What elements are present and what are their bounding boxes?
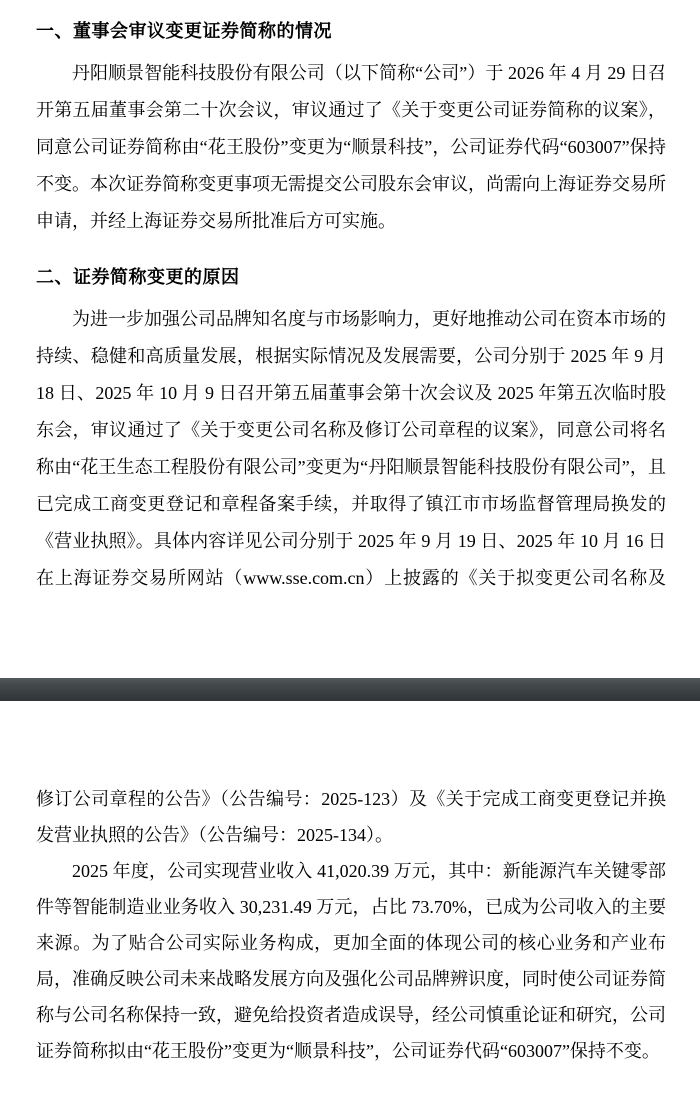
- page-break-separator: [0, 678, 700, 701]
- section-1-paragraph: 丹阳顺景智能科技股份有限公司（以下简称“公司”）于 2026 年 4 月 29 …: [36, 55, 666, 240]
- section-2-paragraph-continued: 修订公司章程的公告》（公告编号：2025-123）及《关于完成工商变更登记并换发…: [36, 781, 666, 853]
- document-page-2: 修订公司章程的公告》（公告编号：2025-123）及《关于完成工商变更登记并换发…: [0, 701, 700, 1110]
- announcement-document: 一、董事会审议变更证券简称的情况 丹阳顺景智能科技股份有限公司（以下简称“公司”…: [0, 0, 700, 1110]
- section-1-heading: 一、董事会审议变更证券简称的情况: [36, 17, 666, 45]
- revenue-paragraph: 2025 年度，公司实现营业收入 41,020.39 万元，其中：新能源汽车关键…: [36, 853, 666, 1069]
- section-2-heading: 二、证券简称变更的原因: [36, 263, 666, 291]
- section-2-paragraph-page1: 为进一步加强公司品牌知名度与市场影响力，更好地推动公司在资本市场的持续、稳健和高…: [36, 301, 666, 597]
- document-page-1: 一、董事会审议变更证券简称的情况 丹阳顺景智能科技股份有限公司（以下简称“公司”…: [0, 0, 700, 678]
